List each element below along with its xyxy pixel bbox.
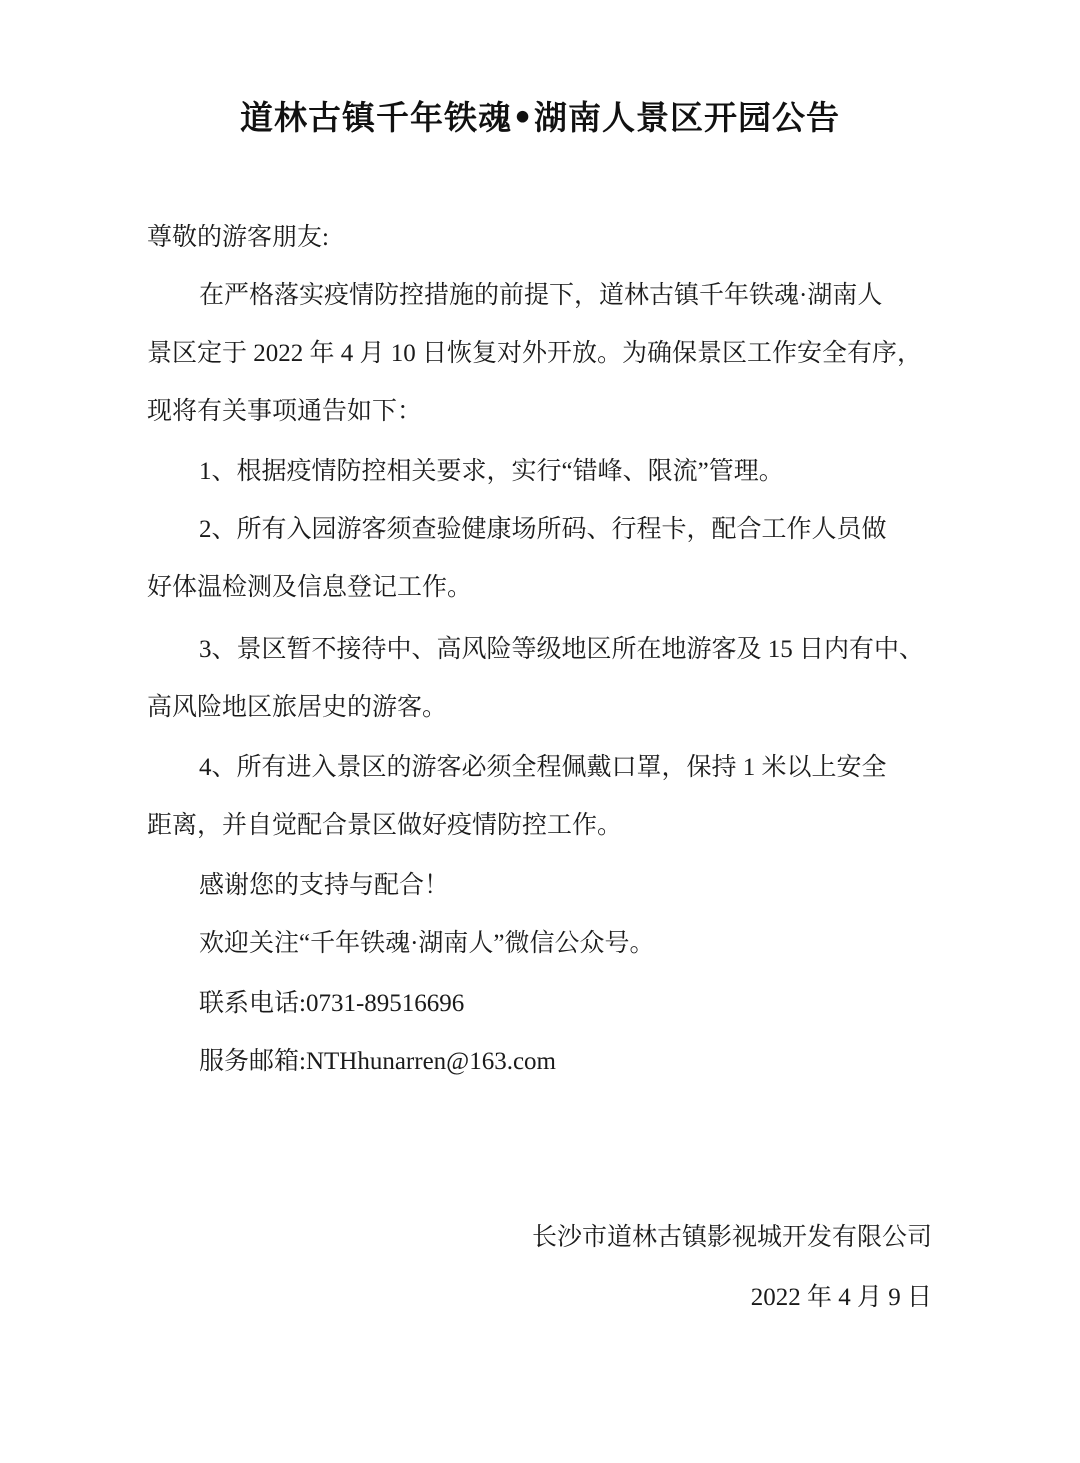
item-3-line-1: 3、景区暂不接待中、高风险等级地区所在地游客及 15 日内有中、 xyxy=(199,634,999,666)
item-2-line-1: 2、所有入园游客须查验健康场所码、行程卡，配合工作人员做 xyxy=(199,514,999,546)
document-title: 道林古镇千年铁魂•湖南人景区开园公告 xyxy=(0,92,1080,139)
salutation: 尊敬的游客朋友: xyxy=(147,222,947,254)
signature-company: 长沙市道林古镇影视城开发有限公司 xyxy=(532,1222,932,1254)
item-1-line-1: 1、根据疫情防控相关要求，实行“错峰、限流”管理。 xyxy=(199,456,999,488)
contact-email: 服务邮箱:NTHhunarren@163.com xyxy=(199,1046,999,1078)
item-4-line-1: 4、所有进入景区的游客必须全程佩戴口罩，保持 1 米以上安全 xyxy=(199,752,999,784)
item-4-line-2: 距离，并自觉配合景区做好疫情防控工作。 xyxy=(147,810,947,842)
contact-phone: 联系电话:0731-89516696 xyxy=(199,988,999,1020)
intro-line-2: 景区定于 2022 年 4 月 10 日恢复对外开放。为确保景区工作安全有序， xyxy=(147,338,947,370)
signature-date: 2022 年 4 月 9 日 xyxy=(751,1282,932,1314)
thanks-text: 感谢您的支持与配合！ xyxy=(199,870,999,902)
intro-line-3: 现将有关事项通告如下： xyxy=(147,396,947,428)
item-3-line-2: 高风险地区旅居史的游客。 xyxy=(147,692,947,724)
item-2-line-2: 好体温检测及信息登记工作。 xyxy=(147,572,947,604)
intro-line-1: 在严格落实疫情防控措施的前提下，道林古镇千年铁魂·湖南人 xyxy=(199,280,999,312)
follow-wechat-text: 欢迎关注“千年铁魂·湖南人”微信公众号。 xyxy=(199,928,999,960)
